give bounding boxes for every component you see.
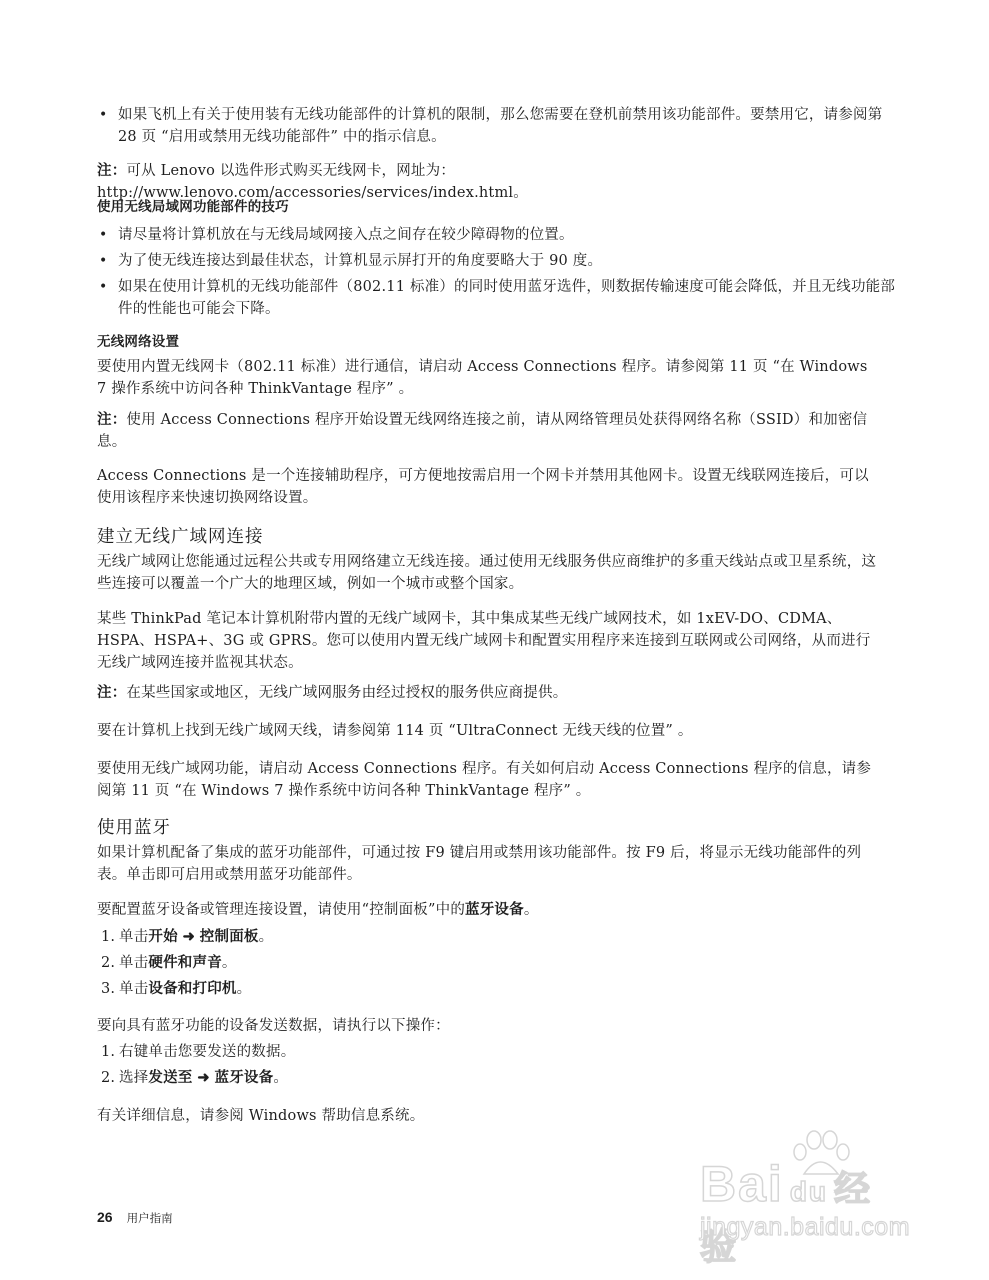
ui-term: 发送至: [148, 1069, 192, 1086]
step-item: 1.右键单击您要发送的数据。: [97, 1041, 883, 1063]
text: 单击: [119, 981, 148, 997]
ui-term: 硬件和声音: [148, 954, 222, 971]
bullet-text: 请尽量将计算机放在与无线局域网接入点之间存在较少障碍物的位置。: [118, 227, 574, 243]
paragraph: 要配置蓝牙设备或管理连接设置，请使用“控制面板”中的蓝牙设备。: [97, 899, 879, 921]
list-item: • 为了使无线连接达到最佳状态，计算机显示屏打开的角度要略大于 90 度。: [97, 250, 900, 272]
paragraph: 如果计算机配备了集成的蓝牙功能部件，可通过按 F9 键启用或禁用该功能部件。按 …: [97, 842, 879, 886]
paragraph: Access Connections 是一个连接辅助程序，可方便地按需启用一个网…: [97, 465, 879, 509]
ui-term: 蓝牙设备: [465, 901, 524, 918]
paragraph: 要使用内置无线网卡（802.11 标准）进行通信，请启动 Access Conn…: [97, 356, 879, 400]
text: 。: [273, 1070, 288, 1086]
list-item: • 请尽量将计算机放在与无线局域网接入点之间存在较少障碍物的位置。: [97, 224, 900, 246]
text: 。: [524, 902, 539, 918]
ui-term: 开始: [148, 928, 177, 945]
paragraph: 某些 ThinkPad 笔记本计算机附带内置的无线广域网卡，其中集成某些无线广域…: [97, 608, 879, 674]
paragraph: 要向具有蓝牙功能的设备发送数据，请执行以下操作：: [97, 1015, 879, 1037]
logo-du: du: [790, 1176, 828, 1207]
step-number: 2.: [101, 952, 119, 974]
paragraph: 有关详细信息，请参阅 Windows 帮助信息系统。: [97, 1105, 879, 1127]
note-label: 注：: [97, 684, 126, 701]
arrow-right-icon: ➜: [183, 928, 195, 945]
section-heading-wwan: 建立无线广域网连接: [97, 525, 879, 549]
step-item: 1.单击开始 ➜ 控制面板。: [97, 926, 883, 948]
bullet-text: 如果飞机上有关于使用装有无线功能部件的计算机的限制，那么您需要在登机前禁用该功能…: [118, 107, 882, 145]
bullet-text: 为了使无线连接达到最佳状态，计算机显示屏打开的角度要略大于 90 度。: [118, 253, 602, 269]
text: 单击: [119, 929, 148, 945]
text: 选择: [119, 1070, 148, 1086]
bullet-icon: •: [99, 276, 107, 298]
step-item: 3.单击设备和打印机。: [97, 978, 883, 1000]
step-item: 2.选择发送至 ➜ 蓝牙设备。: [97, 1067, 883, 1089]
list-item: • 如果飞机上有关于使用装有无线功能部件的计算机的限制，那么您需要在登机前禁用该…: [97, 104, 900, 148]
ui-term: 设备和打印机: [148, 980, 236, 997]
ui-term: 控制面板: [200, 928, 259, 945]
note-text: 使用 Access Connections 程序开始设置无线网络连接之前，请从网…: [97, 412, 867, 450]
ui-term: 蓝牙设备: [215, 1069, 274, 1086]
arrow-right-icon: ➜: [197, 1069, 209, 1086]
section-heading-bluetooth: 使用蓝牙: [97, 816, 879, 840]
note: 注：在某些国家或地区，无线广域网服务由经过授权的服务供应商提供。: [97, 682, 879, 704]
subheading-wlan-tips: 使用无线局域网功能部件的技巧: [97, 197, 879, 217]
list-item: • 如果在使用计算机的无线功能部件（802.11 标准）的同时使用蓝牙选件，则数…: [97, 276, 900, 320]
paragraph: 要使用无线广域网功能，请启动 Access Connections 程序。有关如…: [97, 758, 879, 802]
step-item: 2.单击硬件和声音。: [97, 952, 883, 974]
bullet-icon: •: [99, 250, 107, 272]
step-number: 2.: [101, 1067, 119, 1089]
page-number: 26: [97, 1209, 113, 1225]
note-label: 注：: [97, 411, 126, 428]
note: 注：使用 Access Connections 程序开始设置无线网络连接之前，请…: [97, 409, 879, 453]
step-number: 1.: [101, 1041, 119, 1063]
text: 。: [222, 955, 237, 971]
watermark-url: jingyan.baidu.com: [700, 1213, 910, 1242]
text: 。: [259, 929, 274, 945]
step-number: 3.: [101, 978, 119, 1000]
text: 要配置蓝牙设备或管理连接设置，请使用“控制面板”中的: [97, 902, 465, 918]
note-label: 注：: [97, 162, 126, 179]
page-footer: 26用户指南: [97, 1209, 173, 1226]
bullet-icon: •: [99, 104, 107, 126]
paragraph: 要在计算机上找到无线广域网天线，请参阅第 114 页 “UltraConnect…: [97, 720, 879, 742]
paragraph: 无线广域网让您能通过远程公共或专用网络建立无线连接。通过使用无线服务供应商维护的…: [97, 551, 879, 595]
text: 单击: [119, 955, 148, 971]
note-text: 在某些国家或地区，无线广域网服务由经过授权的服务供应商提供。: [126, 685, 567, 701]
step-number: 1.: [101, 926, 119, 948]
note-text: 可从 Lenovo 以选件形式购买无线网卡，网址为：http://www.len…: [97, 163, 528, 201]
bullet-icon: •: [99, 224, 107, 246]
baidu-watermark: Baidu经验 jingyan.baidu.com: [700, 1130, 900, 1240]
bullet-text: 如果在使用计算机的无线功能部件（802.11 标准）的同时使用蓝牙选件，则数据传…: [118, 279, 895, 317]
logo-bai: Bai: [700, 1156, 784, 1212]
subheading-wireless-setup: 无线网络设置: [97, 332, 879, 352]
text: 。: [237, 981, 252, 997]
document-title: 用户指南: [127, 1211, 173, 1225]
text: 右键单击您要发送的数据。: [119, 1044, 295, 1060]
